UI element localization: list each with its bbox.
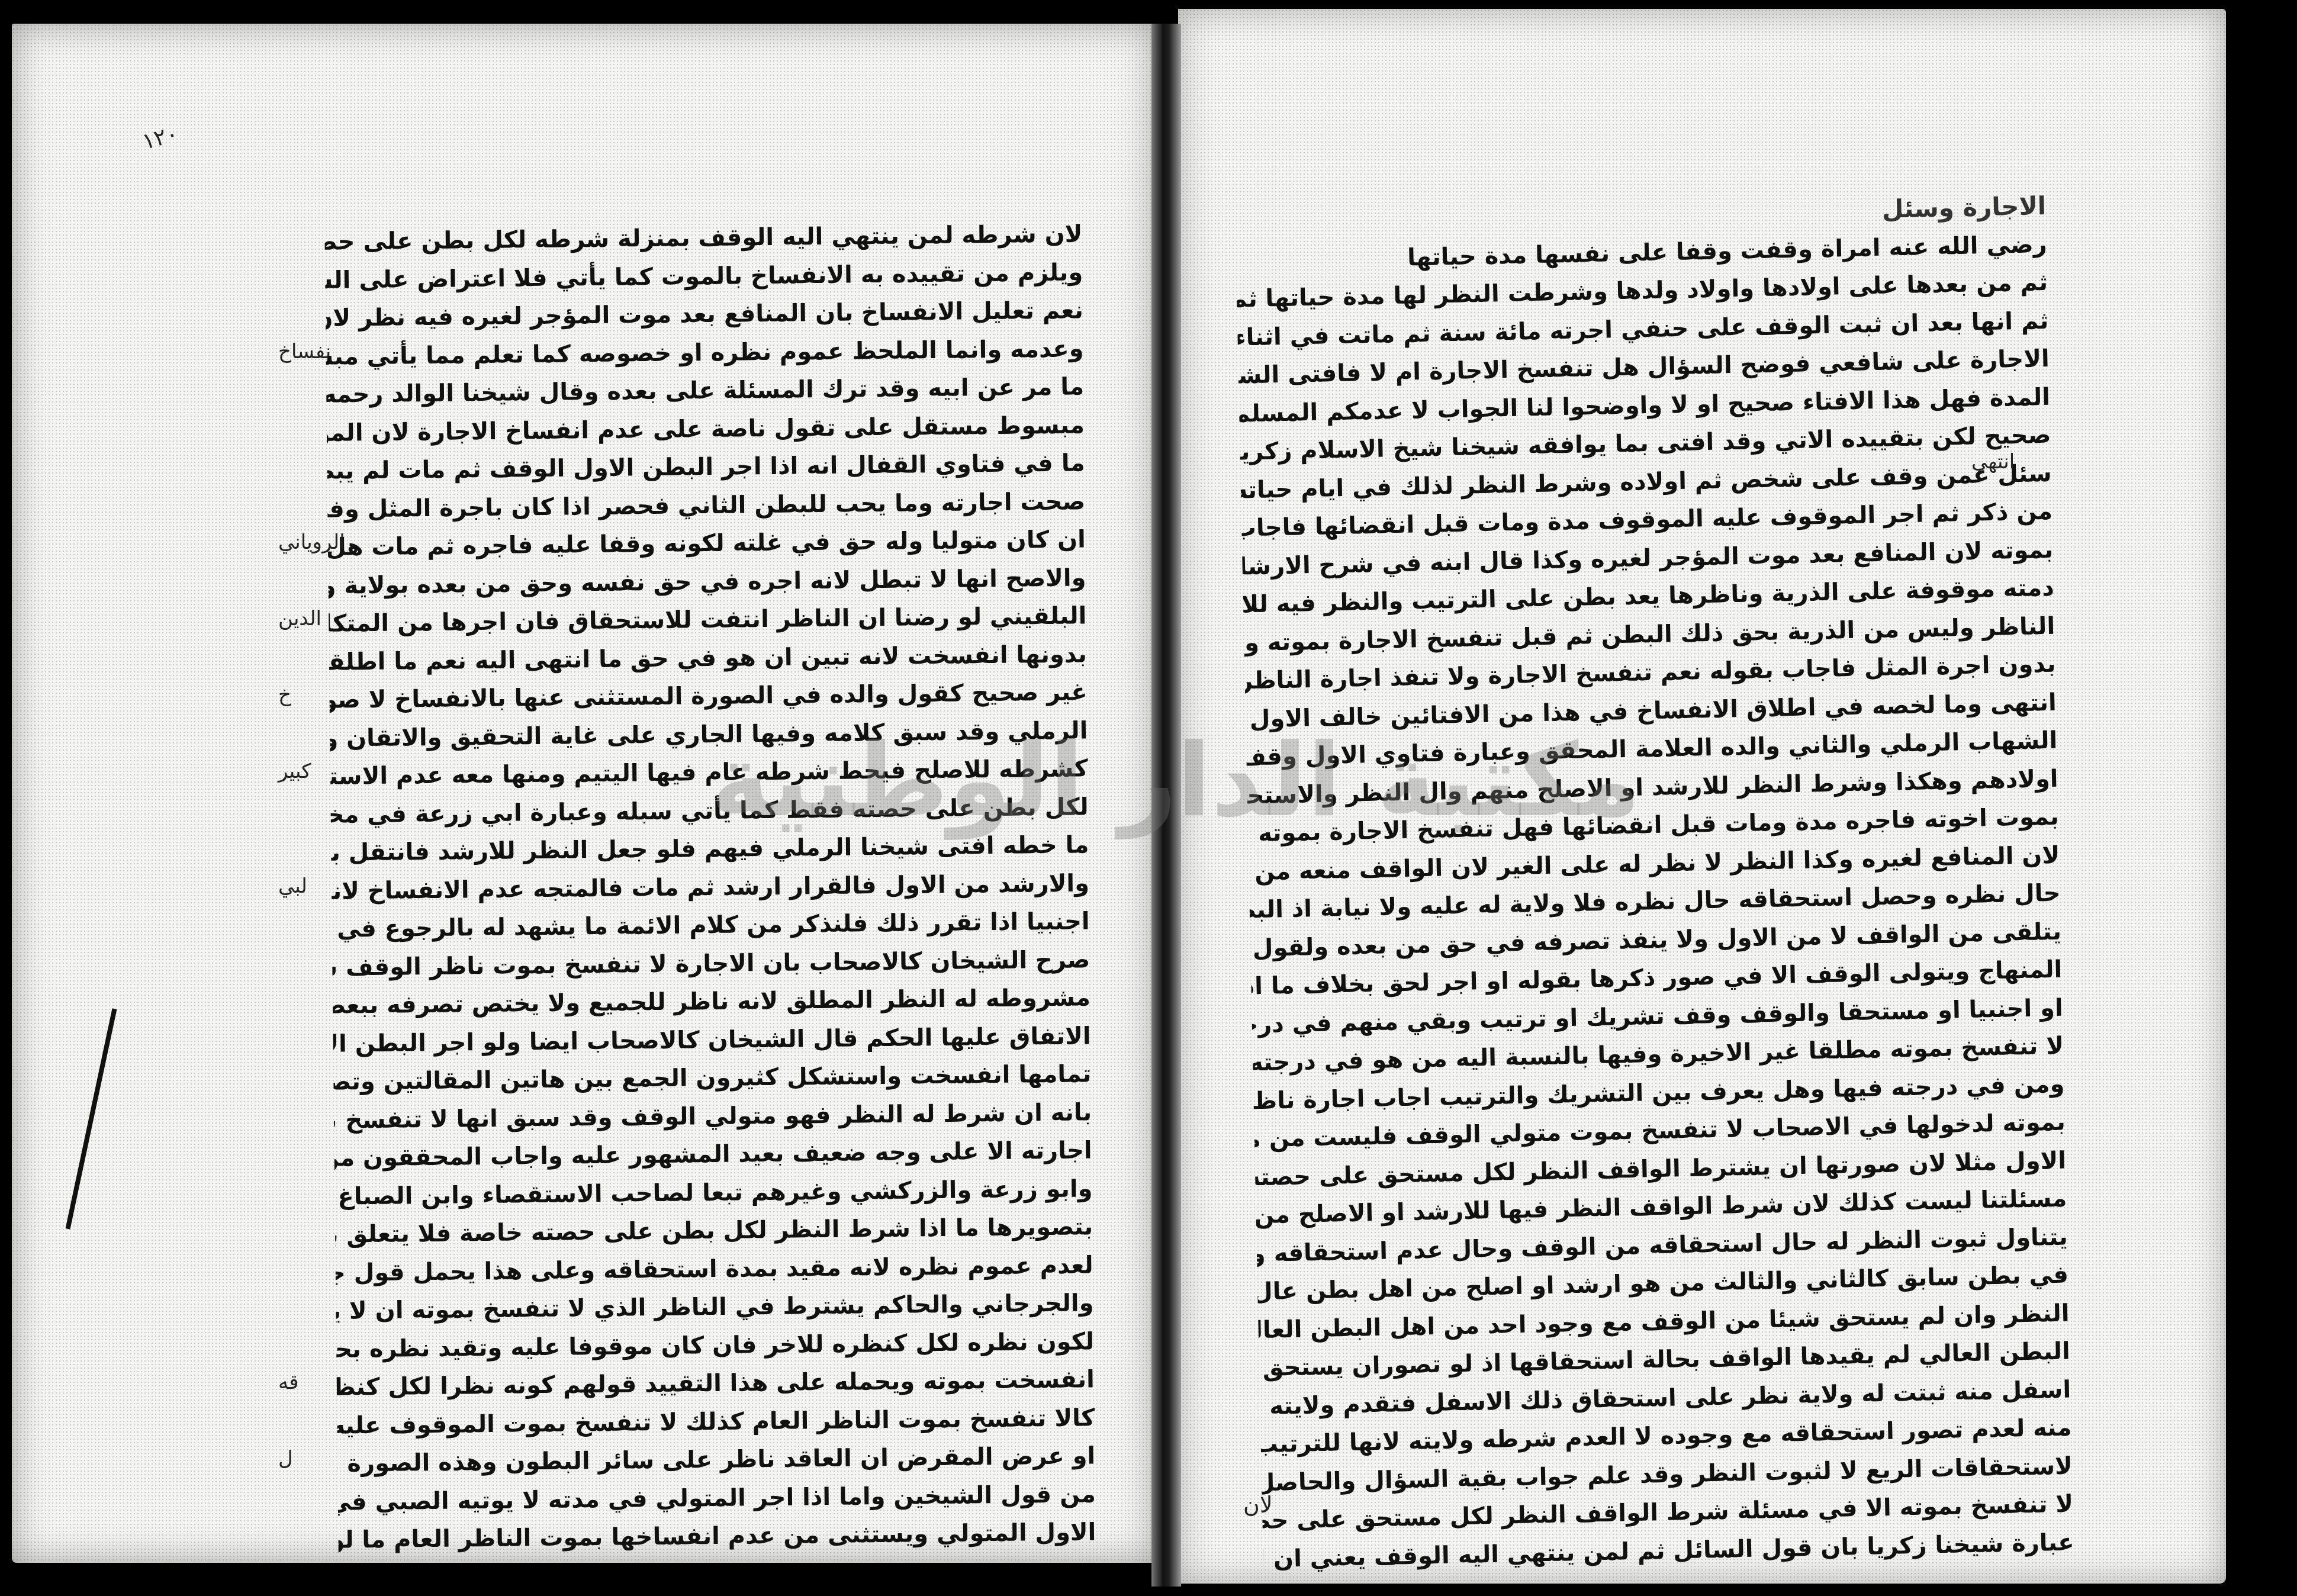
margin-note: الدين [278, 607, 321, 630]
manuscript-line: الاول المتولي ويستثنى من عدم انفساخها بم… [338, 1513, 1096, 1559]
margin-note: قه [278, 1370, 298, 1394]
right-page-text: الاجارة وسئل رضي الله عنه امراة وقفت وقف… [1235, 187, 2074, 1578]
margin-note: نفساخ [278, 340, 331, 363]
margin-note: لبي [278, 874, 307, 898]
margin-note: ل [278, 1447, 293, 1470]
margin-note: الروياني [278, 530, 345, 554]
margin-note: خ [278, 683, 291, 707]
margin-note: كبير [278, 760, 311, 783]
manuscript-line: انفسخت بموته ويحمله على هذا التقييد قوله… [336, 1360, 1095, 1407]
left-page-text: لان شرطه لمن ينتهي اليه الوقف بمنزلة شرط… [324, 215, 1096, 1559]
margin-note: انتهى [1971, 450, 2015, 474]
catchword: لان [1243, 1492, 1273, 1518]
library-watermark: مكتبة الدار الوطنية [710, 722, 1641, 839]
